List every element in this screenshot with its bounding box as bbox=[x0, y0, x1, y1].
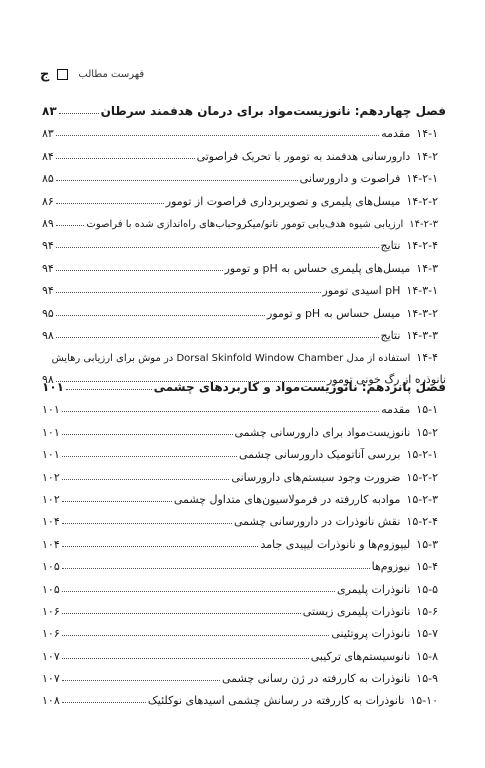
leader-dots bbox=[62, 658, 309, 659]
entry-page: ۱۰۶ bbox=[42, 627, 60, 640]
toc-entry[interactable]: ۱۴-۳-۳ نتایج ۹۸ bbox=[42, 320, 446, 342]
entry-page: ۱۰۲ bbox=[42, 471, 60, 484]
entry-page: ۹۴ bbox=[42, 284, 54, 297]
leader-dots bbox=[56, 225, 85, 226]
entry-title: نانوزیست‌مواد برای دارورسانی چشمی bbox=[235, 426, 411, 439]
entry-page: ۹۸ bbox=[42, 329, 54, 342]
entry-number: ۱۵-۶ bbox=[416, 605, 438, 618]
entry-number: ۱۴-۳-۲ bbox=[406, 307, 438, 320]
toc-entry[interactable]: ۱۴-۲-۴ نتایج ۹۴ bbox=[42, 230, 446, 252]
toc-entry[interactable]: ۱۵-۱ مقدمه ۱۰۱ bbox=[42, 394, 446, 416]
entry-page: ۱۰۷ bbox=[42, 650, 60, 663]
leader-dots bbox=[56, 180, 298, 181]
entry-title: فراصوت و دارورسانی bbox=[300, 172, 401, 185]
entry-title: نیوزوم‌ها bbox=[372, 560, 411, 573]
toc-entry[interactable]: ۱۵-۱۰ نانوذرات به کاررفته در رسانش چشمی … bbox=[42, 685, 446, 707]
chapter-title: فصل چهاردهم: نانوزیست‌مواد برای درمان هد… bbox=[101, 104, 446, 118]
entry-number: ۱۵-۱ bbox=[416, 403, 438, 416]
leader-dots bbox=[56, 337, 379, 338]
entry-number: ۱۴-۴ bbox=[416, 351, 438, 364]
entry-title: pH اسیدی تومور bbox=[323, 284, 401, 297]
entry-page: ۹۴ bbox=[42, 262, 54, 275]
leader-dots bbox=[62, 501, 172, 502]
leader-dots bbox=[56, 135, 379, 136]
entry-number: ۱۴-۲-۳ bbox=[409, 219, 438, 230]
running-title: فهرست مطالب bbox=[78, 69, 144, 80]
entry-page: ۸۶ bbox=[42, 195, 54, 208]
leader-dots bbox=[62, 568, 370, 569]
leader-dots bbox=[62, 680, 220, 681]
toc-entry[interactable]: ۱۵-۳ لیپوزوم‌ها و نانوذرات لیپیدی جامد ۱… bbox=[42, 528, 446, 550]
entry-page: ۱۰۸ bbox=[42, 694, 60, 707]
toc-chapter-15: فصل پانزدهم: نانوزیست‌مواد و کاربردهای چ… bbox=[42, 370, 446, 707]
entry-page: ۱۰۴ bbox=[42, 538, 60, 551]
leader-dots bbox=[62, 434, 233, 435]
entry-number: ۱۵-۲-۱ bbox=[406, 448, 438, 461]
entry-title: مقدمه bbox=[381, 127, 410, 140]
toc-entry[interactable]: ۱۴-۱ مقدمه ۸۳ bbox=[42, 118, 446, 140]
entry-title: میسل‌های پلیمری حساس به pH و تومور bbox=[225, 262, 411, 275]
toc-entry[interactable]: ۱۵-۲-۱ بررسی آناتومیک دارورسانی چشمی ۱۰۱ bbox=[42, 439, 446, 461]
entry-page: ۱۰۶ bbox=[42, 605, 60, 618]
entry-page: ۹۴ bbox=[42, 239, 54, 252]
entry-number: ۱۵-۹ bbox=[416, 672, 438, 685]
toc-entry[interactable]: ۱۵-۹ نانوذرات به کاررفته در ژن رسانی چشم… bbox=[42, 663, 446, 685]
leader-dots bbox=[62, 702, 146, 703]
toc-entry[interactable]: ۱۵-۵ نانوذرات پلیمری ۱۰۵ bbox=[42, 573, 446, 595]
entry-number: ۱۵-۸ bbox=[416, 650, 438, 663]
entry-number: ۱۴-۲ bbox=[416, 150, 438, 163]
leader-dots bbox=[62, 613, 301, 614]
toc-entry[interactable]: ۱۵-۷ نانوذرات پروتئینی ۱۰۶ bbox=[42, 618, 446, 640]
leader-dots bbox=[62, 479, 230, 480]
entry-page: ۸۹ bbox=[42, 217, 54, 230]
entry-page: ۱۰۱ bbox=[42, 448, 60, 461]
entry-page: ۱۰۱ bbox=[42, 403, 60, 416]
page-number: ج bbox=[40, 67, 49, 82]
entry-title: نانوذرات به کاررفته در رسانش چشمی اسیدها… bbox=[148, 694, 404, 707]
leader-dots bbox=[56, 315, 265, 316]
entry-title: نانوذرات پلیمری زیستی bbox=[303, 605, 411, 618]
entry-title: لیپوزوم‌ها و نانوذرات لیپیدی جامد bbox=[260, 538, 410, 551]
entry-number: ۱۴-۳-۳ bbox=[406, 329, 438, 342]
leader-dots bbox=[62, 456, 237, 457]
entry-title: دارورسانی هدفمند به تومور با تحریک فراصو… bbox=[197, 150, 411, 163]
toc-entry[interactable]: ۱۴-۳-۱ pH اسیدی تومور ۹۴ bbox=[42, 275, 446, 297]
entry-number: ۱۵-۳ bbox=[416, 538, 438, 551]
entry-number: ۱۵-۲-۴ bbox=[406, 515, 438, 528]
entry-page: ۱۰۱ bbox=[42, 426, 60, 439]
entry-number: ۱۴-۳ bbox=[416, 262, 438, 275]
toc-entry[interactable]: ۱۴-۲-۲ میسل‌های پلیمری و تصویربرداری فرا… bbox=[42, 185, 446, 207]
entry-title: بررسی آناتومیک دارورسانی چشمی bbox=[239, 448, 400, 461]
leader-dots bbox=[59, 113, 99, 114]
entry-title: نتایج bbox=[381, 329, 401, 342]
entry-number: ۱۵-۲-۳ bbox=[406, 493, 438, 506]
toc-entry[interactable]: ۱۵-۴ نیوزوم‌ها ۱۰۵ bbox=[42, 551, 446, 573]
entry-number: ۱۵-۵ bbox=[416, 583, 438, 596]
entry-number: ۱۴-۲-۲ bbox=[406, 195, 438, 208]
leader-dots bbox=[56, 270, 223, 271]
entry-page: ۱۰۷ bbox=[42, 672, 60, 685]
entry-page: ۱۰۵ bbox=[42, 583, 60, 596]
entry-page: ۱۰۴ bbox=[42, 515, 60, 528]
entry-title: نانوسیستم‌های ترکیبی bbox=[311, 650, 411, 663]
toc-entry[interactable]: ۱۵-۲ نانوزیست‌مواد برای دارورسانی چشمی ۱… bbox=[42, 416, 446, 438]
entry-title: میسل‌های پلیمری و تصویربرداری فراصوت از … bbox=[166, 195, 401, 208]
toc-entry[interactable]: ۱۵-۸ نانوسیستم‌های ترکیبی ۱۰۷ bbox=[42, 640, 446, 662]
toc-entry[interactable]: ۱۵-۲-۴ نقش نانوذرات در دارورسانی چشمی ۱۰… bbox=[42, 506, 446, 528]
leader-dots bbox=[56, 158, 195, 159]
leader-dots bbox=[56, 292, 321, 293]
entry-title: میسل حساس به pH و تومور bbox=[267, 307, 400, 320]
entry-number: ۱۴-۲-۴ bbox=[406, 239, 438, 252]
entry-page: ۸۵ bbox=[42, 172, 54, 185]
toc-entry[interactable]: ۱۴-۳ میسل‌های پلیمری حساس به pH و تومور … bbox=[42, 252, 446, 274]
leader-dots bbox=[62, 546, 259, 547]
entry-number: ۱۵-۲-۲ bbox=[406, 471, 438, 484]
leader-dots bbox=[62, 523, 232, 524]
entry-title: مقدمه bbox=[381, 403, 410, 416]
leader-dots bbox=[62, 635, 330, 636]
entry-number: ۱۴-۳-۱ bbox=[406, 284, 438, 297]
chapter-page: ۱۰۱ bbox=[42, 380, 64, 394]
chapter-title: فصل پانزدهم: نانوزیست‌مواد و کاربردهای چ… bbox=[154, 380, 446, 394]
entry-page: ۸۳ bbox=[42, 127, 54, 140]
chapter-heading[interactable]: فصل چهاردهم: نانوزیست‌مواد برای درمان هد… bbox=[42, 94, 446, 118]
entry-title: نقش نانوذرات در دارورسانی چشمی bbox=[234, 515, 400, 528]
toc-entry[interactable]: ۱۴-۲ دارورسانی هدفمند به تومور با تحریک … bbox=[42, 140, 446, 162]
toc-entry[interactable]: ۱۵-۲-۳ موادبه کاررفته در فرمولاسیون‌های … bbox=[42, 484, 446, 506]
entry-page: ۱۰۲ bbox=[42, 493, 60, 506]
toc-entry[interactable]: ۱۴-۲-۳ ارزیابی شیوه هدف‌یابی تومور نانو/… bbox=[42, 208, 446, 230]
chapter-page: ۸۳ bbox=[42, 104, 57, 118]
chapter-heading[interactable]: فصل پانزدهم: نانوزیست‌مواد و کاربردهای چ… bbox=[42, 370, 446, 394]
entry-number: ۱۵-۷ bbox=[416, 627, 438, 640]
entry-title: نانوذرات پلیمری bbox=[337, 583, 410, 596]
leader-dots bbox=[62, 591, 335, 592]
entry-title: نتایج bbox=[381, 239, 401, 252]
toc-entry[interactable]: ۱۴-۲-۱ فراصوت و دارورسانی ۸۵ bbox=[42, 163, 446, 185]
entry-number: ۱۵-۴ bbox=[416, 560, 438, 573]
square-icon bbox=[57, 69, 68, 80]
leader-dots bbox=[62, 411, 380, 412]
toc-entry[interactable]: ۱۴-۳-۲ میسل حساس به pH و تومور ۹۵ bbox=[42, 297, 446, 319]
entry-page: ۸۴ bbox=[42, 150, 54, 163]
entry-number: ۱۵-۲ bbox=[416, 426, 438, 439]
toc-chapter-14: فصل چهاردهم: نانوزیست‌مواد برای درمان هد… bbox=[42, 94, 446, 386]
leader-dots bbox=[56, 203, 164, 204]
entry-title: نانوذرات به کاررفته در ژن رسانی چشمی bbox=[222, 672, 410, 685]
toc-entry[interactable]: ۱۵-۶ نانوذرات پلیمری زیستی ۱۰۶ bbox=[42, 596, 446, 618]
entry-title: موادبه کاررفته در فرمولاسیون‌های متداول … bbox=[174, 493, 401, 506]
leader-dots bbox=[66, 389, 152, 390]
entry-title: ارزیابی شیوه هدف‌یابی تومور نانو/میکروحب… bbox=[86, 219, 403, 230]
entry-number: ۱۴-۱ bbox=[416, 127, 438, 140]
entry-title: ضرورت وجود سیستم‌های دارورسانی bbox=[231, 471, 400, 484]
leader-dots bbox=[56, 247, 379, 248]
page-header: ج فهرست مطالب bbox=[40, 66, 144, 82]
entry-title: نانوذرات پروتئینی bbox=[331, 627, 410, 640]
entry-page: ۱۰۵ bbox=[42, 560, 60, 573]
entry-number: ۱۴-۲-۱ bbox=[406, 172, 438, 185]
entry-number: ۱۵-۱۰ bbox=[410, 694, 438, 707]
toc-entry[interactable]: ۱۵-۲-۲ ضرورت وجود سیستم‌های دارورسانی ۱۰… bbox=[42, 461, 446, 483]
entry-title-line1: استفاده از مدل Dorsal Skinfold Window Ch… bbox=[52, 353, 411, 364]
entry-page: ۹۵ bbox=[42, 307, 54, 320]
